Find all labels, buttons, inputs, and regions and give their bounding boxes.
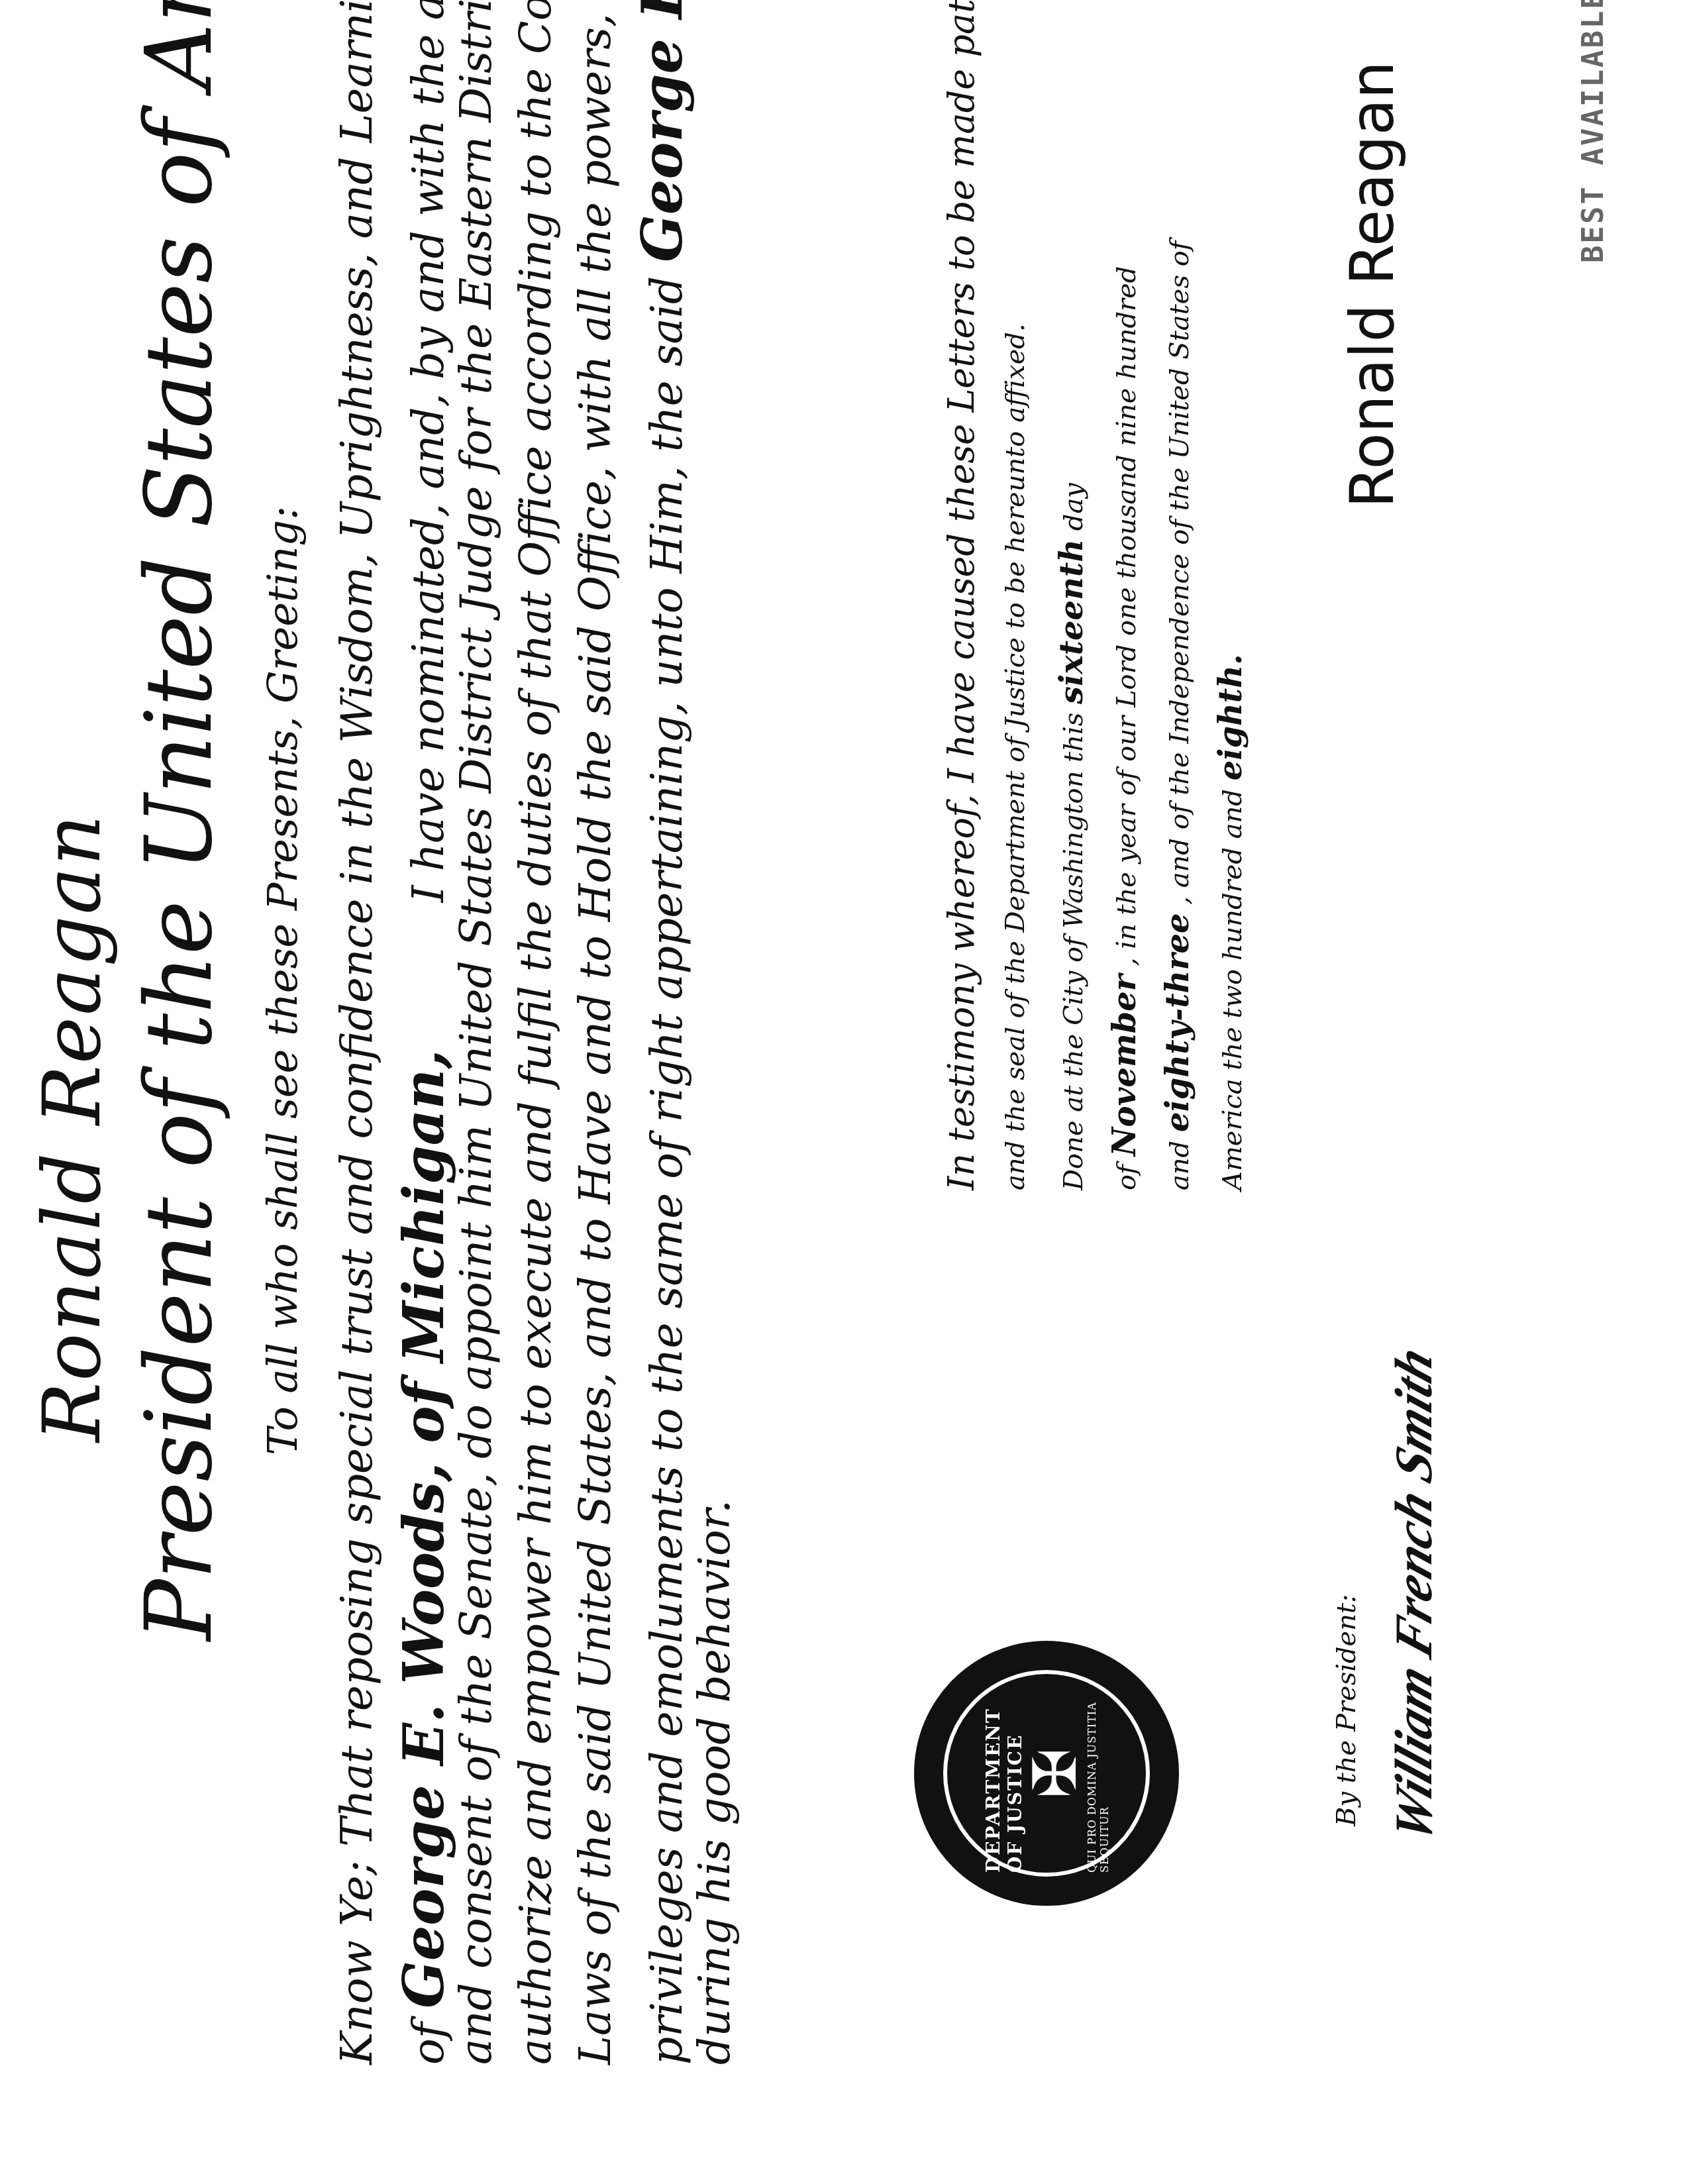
attorney-general-signature: William French Smith <box>1384 1339 1445 1851</box>
body-line-1: Know Ye; That reposing special trust and… <box>331 0 382 2065</box>
and-label: and <box>1164 1141 1195 1190</box>
testimony-line-1: In testimony whereof, I have caused thes… <box>941 0 982 1190</box>
body-line-6-text: privileges and emoluments to the same of… <box>641 276 692 2065</box>
best-available-copy-stamp: BEST AVAILABLE COPY <box>1576 0 1610 263</box>
america-text: America the two hundred and <box>1217 789 1248 1190</box>
appointee-name-repeat: George E. Woods <box>629 0 695 262</box>
body-line-4: authorize and empower him to execute and… <box>510 0 561 2065</box>
department-of-justice-seal: DEPARTMENT OF JUSTICE ✠ QUI PRO DOMINA J… <box>914 1641 1179 1906</box>
testimony-line-2: and the seal of the Department of Justic… <box>1000 323 1031 1190</box>
day-label: day <box>1058 483 1089 531</box>
document-title: President of the United States of Americ… <box>126 0 232 1641</box>
commission-document: Ronald Reagan President of the United St… <box>0 0 1689 2184</box>
testimony-line-3: Done at the City of Washington this sixt… <box>1053 483 1090 1190</box>
month-value: November <box>1106 974 1143 1157</box>
testimony-line-6: America the two hundred and eighth. <box>1212 654 1249 1190</box>
president-signature: Ronald Reagan <box>1338 61 1407 508</box>
greeting: To all who shall see these Presents, Gre… <box>258 506 307 1455</box>
body-line-3: and consent of the Senate, do appoint hi… <box>450 0 501 2065</box>
testimony-line-4: of November , in the year of our Lord on… <box>1106 266 1143 1190</box>
testimony-line-5: and eighty-three , and of the Independen… <box>1159 240 1196 1190</box>
body-line-6: privileges and emoluments to the same of… <box>629 0 695 2065</box>
year-value: eighty-three <box>1159 913 1196 1132</box>
eagle-icon: ✠ <box>1026 1748 1086 1798</box>
by-the-president-label: By the President: <box>1331 1594 1362 1826</box>
body-line-7: during his good behavior. <box>689 1500 740 2065</box>
independence-text: , and of the Independence of the United … <box>1164 240 1195 904</box>
body-line-2: of George E. Woods, of Michigan, I have … <box>391 0 456 2065</box>
body-of: of <box>403 2022 454 2065</box>
of-label: of <box>1111 1165 1142 1190</box>
day-value: sixteenth <box>1053 539 1090 704</box>
done-at-text: Done at the City of Washington this <box>1058 713 1089 1190</box>
seal-inner: DEPARTMENT OF JUSTICE ✠ QUI PRO DOMINA J… <box>943 1670 1150 1877</box>
body-line-5: Laws of the said United States, and to H… <box>570 13 621 2065</box>
document-page: Ronald Reagan President of the United St… <box>0 0 1689 2184</box>
year-of-lord-text: , in the year of our Lord one thousand n… <box>1111 266 1142 966</box>
nominated-text: I have nominated, and, by and with the a… <box>403 0 454 903</box>
president-name-heading: Ronald Reagan <box>26 813 119 1442</box>
seal-motto: QUI PRO DOMINA JUSTITIA SEQUITUR <box>1086 1674 1111 1873</box>
seal-top-text: DEPARTMENT OF JUSTICE <box>982 1674 1026 1873</box>
independence-year-value: eighth. <box>1212 654 1249 780</box>
appointee-name: George E. Woods, of Michigan, <box>391 1049 456 2008</box>
